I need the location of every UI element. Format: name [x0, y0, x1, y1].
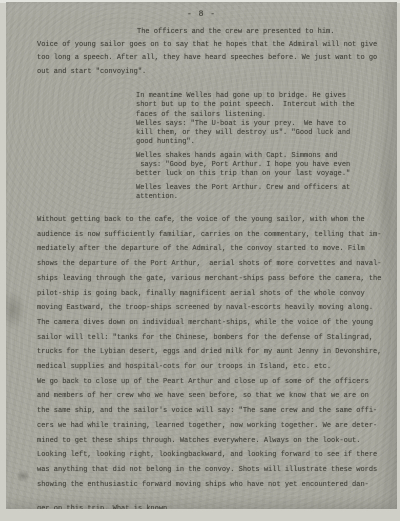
text-line: The officers and the crew are presented …: [37, 26, 375, 39]
text-line: mediately after the departure of the Adm…: [37, 242, 379, 257]
text-line: Looking left, looking right, lookingback…: [37, 448, 379, 463]
text-line: too long a speech. After all, they have …: [37, 52, 375, 65]
text-line: Welles says: "The U-boat is your prey. W…: [136, 120, 374, 129]
text-line: medical supplies and hospital-cots for o…: [37, 360, 379, 375]
scan-stain: [16, 470, 30, 482]
text-line: was anything that did not belong in the …: [37, 463, 379, 478]
text-line: better luck on this trip than on your la…: [136, 170, 374, 179]
commentary-paragraph: Without getting back to the cafe, the vo…: [37, 213, 379, 509]
text-line: mined to get these ships through. Watche…: [37, 434, 379, 449]
clipped-last-line: ger on this trip. What is known: [37, 502, 379, 509]
text-line: trucks for the Lybian desert, eggs and d…: [37, 345, 379, 360]
text-line: ships leaving through the gate, various …: [37, 272, 379, 287]
scan-shadow-edge: [377, 122, 395, 282]
text-line: the same ship, and the sailor's voice wi…: [37, 404, 379, 419]
direction-block-handshake: Welles shakes hands again with Capt. Sim…: [136, 152, 374, 180]
text-line: out and start "convoying".: [37, 66, 375, 79]
text-line: Welles shakes hands again with Capt. Sim…: [136, 152, 374, 161]
text-line: Voice of young sailor goes on to say tha…: [37, 39, 375, 52]
direction-block-speech: In meantime Welles had gone up to bridge…: [136, 92, 374, 148]
opening-paragraph: The officers and the crew are presented …: [37, 26, 375, 79]
text-line: faces of the sailors listening.: [136, 111, 374, 120]
direction-block-departure: Welles leaves the Port Arthur. Crew and …: [136, 184, 374, 203]
document-page: - 8 - The officers and the crew are pres…: [6, 2, 397, 509]
page-number: - 8 -: [6, 10, 397, 19]
text-line: sailor will tell: "tanks for the Chinese…: [37, 331, 379, 346]
text-line: cers we had while training, learned toge…: [37, 419, 379, 434]
scan-stain: [6, 290, 26, 330]
text-line: audience is now sufficiently familiar, c…: [37, 228, 379, 243]
text-line: and members of her crew who we have seen…: [37, 389, 379, 404]
text-line: Welles leaves the Port Arthur. Crew and …: [136, 184, 374, 193]
text-line: short but up to the point speech. Interc…: [136, 101, 374, 110]
text-line: good hunting".: [136, 138, 374, 147]
text-line: shows the departure of the Port Arthur, …: [37, 257, 379, 272]
text-line: attention.: [136, 193, 374, 202]
text-line: showing the enthusiastic forward moving …: [37, 478, 379, 493]
text-line: Without getting back to the cafe, the vo…: [37, 213, 379, 228]
text-line: In meantime Welles had gone up to bridge…: [136, 92, 374, 101]
scan-frame: - 8 - The officers and the crew are pres…: [0, 0, 400, 521]
text-line: says: "Good bye, Port Arthur. I hope you…: [136, 161, 374, 170]
stage-directions: In meantime Welles had gone up to bridge…: [136, 92, 374, 206]
commentary-lines: Without getting back to the cafe, the vo…: [37, 213, 379, 492]
text-line: moving Eastward, the troop-ships screene…: [37, 301, 379, 316]
text-line: pilot-ship is going back, finally magnif…: [37, 287, 379, 302]
text-line: We go back to close up of the Peart Arth…: [37, 375, 379, 390]
text-line: The camera dives down on individual merc…: [37, 316, 379, 331]
